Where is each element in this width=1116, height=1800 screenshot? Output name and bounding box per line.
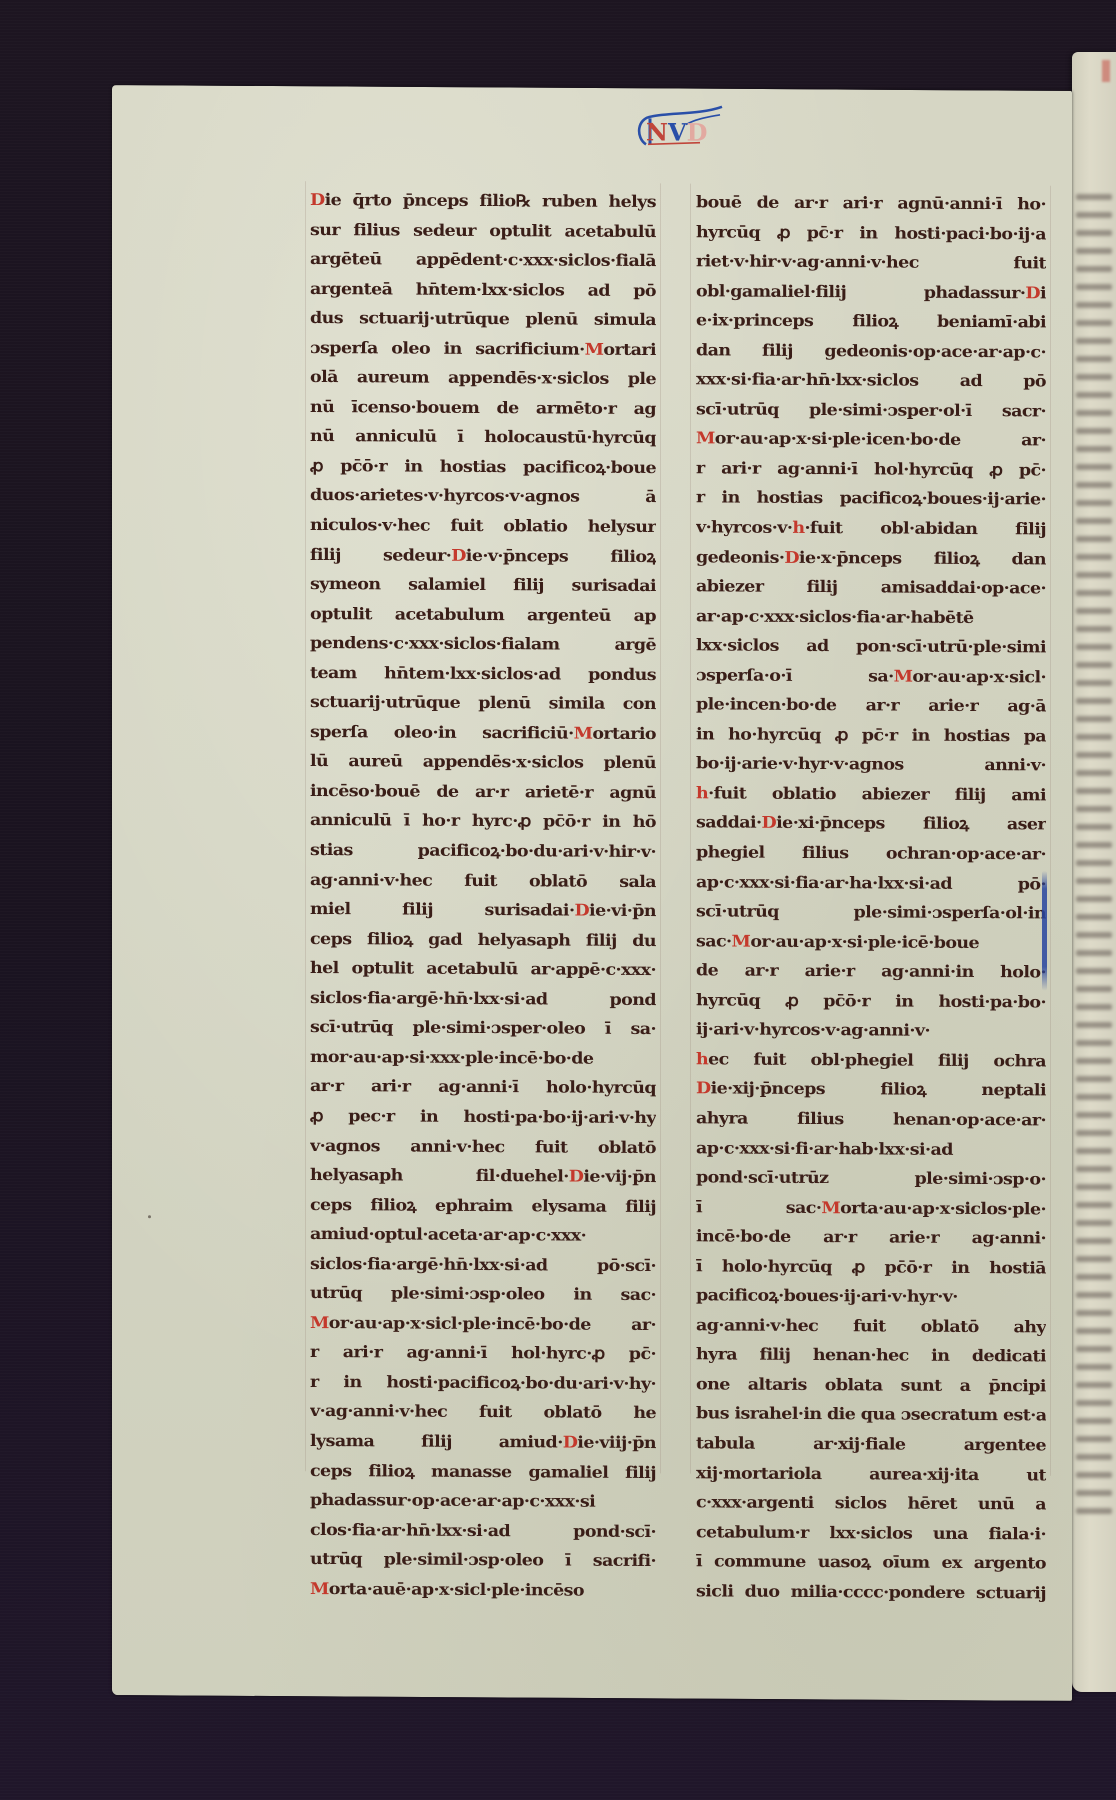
line-text-continued: ie·vi·p̄n [589, 902, 656, 921]
rubricated-initial: D [569, 1168, 584, 1186]
line-text: sicli duo milia·cccc·pondere sctuarij [696, 1582, 1046, 1603]
manuscript-line: h·fuit oblatio abiezer filij ami [696, 781, 1046, 810]
manuscript-line: ī commune uasoꝝ oīum ex argento [696, 1549, 1046, 1578]
manuscript-line: utrūq ple·simil·ɔsp·oleo ī sacrifi· [310, 1547, 656, 1576]
manuscript-line: niculos·v·hec fuit oblatio helysur [310, 512, 656, 541]
manuscript-line: lū aureū appendēs·x·siclos plenū [310, 749, 656, 778]
line-text: ceps filioꝝ gad helyasaph filij du [310, 930, 656, 951]
parchment-speck [148, 1215, 151, 1218]
adjacent-leaf-text-line [1076, 1364, 1112, 1370]
adjacent-leaf-text-line [1076, 770, 1112, 776]
manuscript-line: xxx·si·fia·ar·hn̄·lxx·siclos ad pō [696, 367, 1046, 396]
adjacent-leaf-text-line [1076, 1004, 1112, 1010]
rubricated-initial: D [574, 902, 589, 920]
rubricated-initial: M [696, 430, 715, 449]
manuscript-line: siclos·fia·argē·hn̄·lxx·si·ad pond [310, 985, 656, 1014]
manuscript-line: stias pacificoꝝ·bo·du·ari·v·hir·v· [310, 837, 656, 866]
manuscript-line: cetabulum·r lxx·siclos una fiala·i· [696, 1519, 1046, 1548]
line-text: ceps filioꝝ ephraim elysama filij [310, 1196, 656, 1217]
manuscript-line: nū anniculū ī holocaustū·hyrcūq [310, 424, 656, 453]
line-text-continued: or·au·ap·x·si·ple·icē·boue [750, 933, 979, 953]
manuscript-line: in ho·hyrcūq ꝓ pc̄·r in hostias pa [696, 722, 1046, 751]
rubricated-initial: h [696, 784, 708, 802]
line-text-continued: ·fuit obl·abidan filij [804, 519, 1046, 539]
line-text: r in hostias pacificoꝝ·boues·ij·arie· [696, 489, 1046, 510]
adjacent-leaf-text-line [1076, 518, 1112, 524]
adjacent-leaf-text-line [1076, 1022, 1112, 1028]
adjacent-leaf-text-line [1076, 680, 1112, 686]
adjacent-leaf-text-line [1076, 1184, 1112, 1190]
adjacent-leaf-text-line [1076, 410, 1112, 416]
line-text: helyasaph fil·duehel· [310, 1166, 569, 1186]
line-text: r ari·r ag·anni·ī hol·hyrcūq ꝓ pc̄· [696, 459, 1046, 480]
running-head-letter-faded: D [687, 118, 708, 147]
adjacent-leaf-text-line [1076, 1490, 1112, 1496]
rubricated-initial: M [574, 725, 593, 744]
adjacent-leaf-text-line [1076, 1328, 1112, 1334]
line-text: niculos·v·hec fuit oblatio helysur [310, 516, 656, 537]
manuscript-line: pond·scī·utrūz ple·simi·ɔsp·o· [696, 1165, 1046, 1194]
manuscript-line: Mor·au·ap·x·sicl·ple·incē·bo·de ar· [310, 1310, 656, 1339]
adjacent-leaf-text-line [1076, 806, 1112, 812]
manuscript-line: argenteā hn̄tem·lxx·siclos ad pō [310, 276, 656, 305]
rubricated-initial: D [310, 191, 325, 209]
manuscript-line: ceps filioꝝ manasse gamaliel filij [310, 1458, 656, 1487]
manuscript-line: scī·utrūq ple·simi·ɔsper·oleo ī sa· [310, 1015, 656, 1044]
manuscript-line: utrūq ple·simi·ɔsp·oleo in sac· [310, 1281, 656, 1310]
text-column-left: Die q̄rto p̄nceps filio℞ ruben helyssur … [310, 186, 656, 1606]
line-text: nū anniculū ī holocaustū·hyrcūq [310, 428, 656, 449]
line-text: ag·anni·v·hec fuit oblatō ahy [696, 1316, 1046, 1337]
adjacent-leaf-text-line [1076, 320, 1112, 326]
line-text: utrūq ple·simil·ɔsp·oleo ī sacrifi· [310, 1550, 656, 1571]
adjacent-leaf-text-line [1076, 1094, 1112, 1100]
line-text: ap·c·xxx·si·fi·ar·hab·lxx·si·ad [696, 1139, 953, 1159]
manuscript-line: Die·xij·p̄nceps filioꝝ neptali [696, 1076, 1046, 1105]
manuscript-line: r in hostias pacificoꝝ·boues·ij·arie· [696, 485, 1046, 514]
line-text-continued: ie·vij·p̄n [583, 1168, 656, 1187]
adjacent-leaf-text-line [1076, 284, 1112, 290]
manuscript-line: anniculū ī ho·r hyrc·ꝓ pc̄ō·r in hō [310, 808, 656, 837]
blue-margin-stroke [1042, 871, 1047, 991]
line-text: hyrcūq ꝓ pc̄·r in hosti·paci·bo·ij·a [696, 223, 1046, 244]
adjacent-leaf-text-line [1076, 1040, 1112, 1046]
adjacent-leaf-text-line [1076, 266, 1112, 272]
adjacent-leaf-text-line [1076, 500, 1112, 506]
line-text: ie q̄rto p̄nceps filio℞ ruben helys [325, 191, 656, 211]
adjacent-leaf-text-line [1076, 1148, 1112, 1154]
manuscript-line: tabula ar·xij·fiale argentee [696, 1431, 1046, 1460]
adjacent-leaf-text-line [1076, 428, 1112, 434]
adjacent-leaf-text-line [1076, 392, 1112, 398]
manuscript-line: sur filius sedeur optulit acetabulū [310, 217, 656, 246]
running-head: INVD [630, 104, 730, 149]
manuscript-line: pacificoꝝ·boues·ij·ari·v·hyr·v· [696, 1283, 1046, 1312]
line-text-continued: ie·viij·p̄n [577, 1434, 656, 1453]
line-text: ꝓ pec·r in hosti·pa·bo·ij·ari·v·hy [310, 1107, 656, 1128]
manuscript-line: ag·anni·v·hec fuit oblatō ahy [696, 1313, 1046, 1342]
manuscript-line: ij·ari·v·hyrcos·v·ag·anni·v· [696, 1017, 1046, 1046]
line-text: v·ag·anni·v·hec fuit oblatō he [310, 1403, 656, 1424]
manuscript-line: sac·Mor·au·ap·x·si·ple·icē·boue [696, 928, 1046, 957]
line-text: scī·utrūq ple·simi·ɔsper·oleo ī sa· [310, 1018, 656, 1039]
line-text: ·fuit oblatio abiezer filij ami [708, 785, 1046, 805]
line-text: orta·auē·ap·x·sicl·ple·incēso [329, 1580, 584, 1600]
rubricated-initial: M [732, 932, 751, 951]
manuscript-line: symeon salamiel filij surisadai [310, 572, 656, 601]
ruling-line [1050, 186, 1051, 1476]
line-text: siclos·fia·argē·hn̄·lxx·si·ad pō·scī· [310, 1255, 656, 1276]
manuscript-line: ꝓ pec·r in hosti·pa·bo·ij·ari·v·hy [310, 1103, 656, 1132]
adjacent-leaf-text-line [1076, 698, 1112, 704]
line-text: pendens·c·xxx·siclos·fialam argē [310, 634, 656, 655]
adjacent-leaf-edge [1072, 52, 1116, 1692]
adjacent-leaf-text-line [1076, 842, 1112, 848]
adjacent-leaf-text-line [1076, 1346, 1112, 1352]
adjacent-leaf-text-line [1076, 608, 1112, 614]
adjacent-leaf-text-line [1076, 554, 1112, 560]
line-text-continued: ie·v·p̄nceps filioꝝ [466, 547, 656, 567]
manuscript-line: mor·au·ap·si·xxx·ple·incē·bo·de [310, 1044, 656, 1073]
adjacent-leaf-text-line [1076, 1454, 1112, 1460]
line-text: siclos·fia·argē·hn̄·lxx·si·ad pond [310, 989, 656, 1010]
manuscript-line: ahyra filius henan·op·ace·ar· [696, 1106, 1046, 1135]
manuscript-line: scī·utrūq ple·simi·ɔsper·ol·ī sacr· [696, 397, 1046, 426]
line-text: ple·incen·bo·de ar·r arie·r ag·ā [696, 696, 1046, 717]
adjacent-leaf-text-line [1076, 482, 1112, 488]
adjacent-leaf-text-line [1076, 1076, 1112, 1082]
rubricated-initial: D [784, 549, 799, 567]
adjacent-leaf-text-line [1076, 878, 1112, 884]
line-text: mor·au·ap·si·xxx·ple·incē·bo·de [310, 1048, 593, 1068]
ruling-line [660, 183, 661, 1473]
line-text: phadassur·op·ace·ar·ap·c·xxx·si [310, 1491, 595, 1511]
line-text: sac· [696, 932, 732, 951]
line-text: filij sedeur· [310, 546, 451, 565]
line-text: argēteū appēdent·c·xxx·siclos·fialā [310, 250, 656, 271]
manuscript-line: nū īcenso·bouem de armēto·r ag [310, 394, 656, 423]
line-text-continued: orta·au·ap·x·siclos·ple· [840, 1199, 1046, 1219]
line-text: dan filij gedeonis·op·ace·ar·ap·c· [696, 341, 1046, 362]
adjacent-leaf-text-line [1076, 626, 1112, 632]
manuscript-line: Morta·auē·ap·x·sicl·ple·incēso [310, 1576, 656, 1605]
line-text: stias pacificoꝝ·bo·du·ari·v·hir·v· [310, 841, 656, 862]
rubricated-initial: M [585, 341, 604, 360]
line-text: miel filij surisadai· [310, 900, 574, 920]
adjacent-leaf-text-line [1076, 1256, 1112, 1262]
adjacent-leaf-text-line [1076, 896, 1112, 902]
line-text-continued: ie·xi·p̄nceps filioꝝ aser [776, 814, 1046, 834]
running-head-letter-v: V [668, 117, 687, 146]
line-text: phegiel filius ochran·op·ace·ar· [696, 844, 1046, 865]
line-text: ī commune uasoꝝ oīum ex argento [696, 1553, 1046, 1574]
manuscript-line: dus sctuarij·utrūque plenū simula [310, 306, 656, 335]
manuscript-line: ap·c·xxx·si·fi·ar·hab·lxx·si·ad [696, 1135, 1046, 1164]
manuscript-line: dan filij gedeonis·op·ace·ar·ap·c· [696, 338, 1046, 367]
line-text: r ari·r ag·anni·ī hol·hyrc·ꝓ pc̄· [310, 1343, 656, 1364]
line-text: ec fuit obl·phegiel filij ochra [708, 1050, 1046, 1070]
line-text: c·xxx·argenti siclos hēret unū a [696, 1494, 1046, 1515]
line-text: one altaris oblata sunt a p̄ncipi [696, 1375, 1046, 1396]
manuscript-line: abiezer filij amisaddai·op·ace· [696, 574, 1046, 603]
line-text: ap·c·xxx·si·fia·ar·ha·lxx·si·ad pō· [696, 873, 1046, 894]
manuscript-line: pendens·c·xxx·siclos·fialam argē [310, 631, 656, 660]
adjacent-leaf-text-line [1076, 374, 1112, 380]
adjacent-leaf-text-line [1076, 662, 1112, 668]
line-text: duos·arietes·v·hyrcos·v·agnos ā [310, 487, 656, 508]
line-text: ī sac· [696, 1198, 821, 1217]
line-text: olā aureum appendēs·x·siclos ple [310, 368, 656, 389]
manuscript-line: ar·ap·c·xxx·siclos·fia·ar·habētē [696, 603, 1046, 632]
manuscript-line: gedeonis·Die·x·p̄nceps filioꝝ dan [696, 544, 1046, 573]
manuscript-line: ceps filioꝝ ephraim elysama filij [310, 1192, 656, 1221]
manuscript-line: r ari·r ag·anni·ī hol·hyrc·ꝓ pc̄· [310, 1340, 656, 1369]
adjacent-leaf-text-line [1076, 1058, 1112, 1064]
adjacent-leaf-text-line [1076, 230, 1112, 236]
adjacent-leaf-text-line [1076, 212, 1112, 218]
manuscript-line: obl·gamaliel·filij phadassur·Di [696, 278, 1046, 307]
adjacent-leaf-text-line [1076, 1310, 1112, 1316]
line-text: sur filius sedeur optulit acetabulū [310, 221, 656, 242]
adjacent-leaf-text-line [1076, 302, 1112, 308]
line-text: or·au·ap·x·si·ple·icen·bo·de ar· [715, 430, 1046, 450]
manuscript-line: clos·fia·ar·hn̄·lxx·si·ad pond·scī· [310, 1517, 656, 1546]
line-text: ahyra filius henan·op·ace·ar· [696, 1109, 1046, 1130]
adjacent-leaf-text-line [1076, 1274, 1112, 1280]
manuscript-line: ꝓ pc̄ō·r in hostias pacificoꝝ·boue [310, 453, 656, 482]
parchment-leaf: INVD Die q̄rto p̄nceps filio℞ ruben hely… [112, 85, 1072, 1701]
manuscript-line: e·ix·princeps filioꝝ beniamī·abi [696, 308, 1046, 337]
manuscript-line: bus israhel·in die qua ɔsecratum est·ace [696, 1401, 1046, 1430]
manuscript-line: ple·incen·bo·de ar·r arie·r ag·ā [696, 692, 1046, 721]
adjacent-leaf-text-line [1076, 590, 1112, 596]
line-text: amiud·optul·aceta·ar·ap·c·xxx· [310, 1225, 586, 1245]
manuscript-line: scī·utrūq ple·simi·ɔsperſa·ol·in [696, 899, 1046, 928]
line-text: bouē de ar·r ari·r agnū·anni·ī ho· [696, 193, 1046, 214]
adjacent-leaf-text-line [1076, 1112, 1112, 1118]
adjacent-leaf-text-line [1076, 1418, 1112, 1424]
adjacent-leaf-text-line [1076, 1220, 1112, 1226]
line-text: optulit acetabulum argenteū ap [310, 605, 656, 626]
line-text: ceps filioꝝ manasse gamaliel filij [310, 1462, 656, 1483]
line-text: hel optulit acetabulū ar·appē·c·xxx· [310, 959, 656, 980]
adjacent-leaf-text-line [1076, 914, 1112, 920]
running-head-text: INVD [646, 120, 707, 144]
manuscript-line: amiud·optul·aceta·ar·ap·c·xxx· [310, 1222, 656, 1251]
ruling-line [305, 181, 306, 1471]
rubricated-initial: h [792, 519, 804, 537]
rubricated-initial: D [1025, 284, 1040, 302]
line-text: pacificoꝝ·boues·ij·ari·v·hyr·v· [696, 1287, 958, 1307]
line-text-continued: or·au·ap·x·sicl· [912, 668, 1046, 687]
line-text: utrūq ple·simi·ɔsp·oleo in sac· [310, 1284, 656, 1305]
manuscript-line: argēteū appēdent·c·xxx·siclos·fialā [310, 247, 656, 276]
line-text: lysama filij amiud· [310, 1432, 563, 1452]
line-text: bus israhel·in die qua ɔsecratum est·ace [696, 1405, 1046, 1426]
parchment-speck [604, 1528, 606, 1530]
adjacent-leaf-text-line [1076, 1292, 1112, 1298]
manuscript-line: filij sedeur·Die·v·p̄nceps filioꝝ [310, 542, 656, 571]
line-text: hyra filij henan·hec in dedicati [696, 1346, 1046, 1367]
manuscript-line: bo·ij·arie·v·hyr·v·agnos anni·v· [696, 751, 1046, 780]
line-text: tabula ar·xij·fiale argentee [696, 1434, 1046, 1455]
line-text: incēso·bouē de ar·r arietē·r agnū [310, 782, 656, 803]
adjacent-leaf-text-line [1076, 1166, 1112, 1172]
adjacent-leaf-text-line [1076, 356, 1112, 362]
adjacent-leaf-text-line [1076, 734, 1112, 740]
manuscript-line: sicli duo milia·cccc·pondere sctuarij [696, 1579, 1046, 1608]
manuscript-line: optulit acetabulum argenteū ap [310, 601, 656, 630]
line-text: lxx·siclos ad pon·scī·utrū·ple·simi [696, 637, 1046, 658]
line-text: abiezer filij amisaddai·op·ace· [696, 578, 1046, 599]
manuscript-line: ī sac·Morta·au·ap·x·siclos·ple· [696, 1194, 1046, 1223]
adjacent-leaf-text-line [1076, 464, 1112, 470]
manuscript-line: ceps filioꝝ gad helyasaph filij du [310, 926, 656, 955]
line-text: bo·ij·arie·v·hyr·v·agnos anni·v· [696, 755, 1046, 776]
text-column-right: bouē de ar·r ari·r agnū·anni·ī ho·hyrcūq… [696, 189, 1046, 1609]
manuscript-line: incēso·bouē de ar·r arietē·r agnū [310, 778, 656, 807]
rubricated-initial: h [696, 1050, 708, 1068]
manuscript-line: ɔsperſa·o·ī sa·Mor·au·ap·x·sicl· [696, 663, 1046, 692]
line-text: anniculū ī ho·r hyrc·ꝓ pc̄ō·r in hō [310, 812, 656, 833]
adjacent-leaf-rubric [1102, 60, 1110, 82]
line-text: sctuarij·utrūque plenū simila con [310, 693, 656, 714]
adjacent-leaf-text-line [1076, 860, 1112, 866]
line-text: v·agnos anni·v·hec fuit oblatō [310, 1137, 656, 1158]
adjacent-leaf-text-line [1076, 194, 1112, 200]
manuscript-line: phegiel filius ochran·op·ace·ar· [696, 840, 1046, 869]
adjacent-leaf-text-line [1076, 716, 1112, 722]
adjacent-leaf-text-line [1076, 950, 1112, 956]
line-text: or·au·ap·x·sicl·ple·incē·bo·de ar· [329, 1314, 656, 1334]
line-text: ij·ari·v·hyrcos·v·ag·anni·v· [696, 1021, 930, 1041]
adjacent-leaf-text-line [1076, 1382, 1112, 1388]
adjacent-leaf-text-line [1076, 338, 1112, 344]
adjacent-leaf-text-line [1076, 986, 1112, 992]
manuscript-line: ar·r ari·r ag·anni·ī holo·hyrcūq [310, 1074, 656, 1103]
adjacent-leaf-text-line [1076, 1202, 1112, 1208]
line-text: de ar·r arie·r ag·anni·in holo· [696, 962, 1046, 983]
line-text: ar·ap·c·xxx·siclos·fia·ar·habētē [696, 607, 974, 627]
line-text: saddai· [696, 814, 762, 833]
manuscript-line: lysama filij amiud·Die·viij·p̄n [310, 1428, 656, 1457]
rubricated-initial: D [762, 814, 777, 832]
adjacent-leaf-text-line [1076, 1130, 1112, 1136]
manuscript-line: hyrcūq ꝓ pc̄·r in hosti·paci·bo·ij·a [696, 219, 1046, 248]
rubricated-initial: M [310, 1580, 329, 1599]
line-text-continued: i [1040, 284, 1046, 302]
line-text: ī holo·hyrcūq ꝓ pc̄ō·r in hostiā [696, 1257, 1046, 1278]
manuscript-line: incē·bo·de ar·r arie·r ag·anni· [696, 1224, 1046, 1253]
manuscript-line: lxx·siclos ad pon·scī·utrū·ple·simi [696, 633, 1046, 662]
manuscript-line: team hn̄tem·lxx·siclos·ad pondus [310, 660, 656, 689]
rubricated-initial: D [696, 1080, 711, 1098]
manuscript-line: sctuarij·utrūque plenū simila con [310, 690, 656, 719]
line-text-continued: ie·x·p̄nceps filioꝝ dan [799, 549, 1046, 569]
line-text-continued: ortario [592, 725, 656, 744]
manuscript-line: helyasaph fil·duehel·Die·vij·p̄n [310, 1163, 656, 1192]
manuscript-line: hyrcūq ꝓ pc̄ō·r in hosti·pa·bo· [696, 988, 1046, 1017]
manuscript-line: hec fuit obl·phegiel filij ochra [696, 1047, 1046, 1076]
line-text: r in hosti·pacificoꝝ·bo·du·ari·v·hy· [310, 1373, 656, 1394]
ruling-line [690, 184, 691, 1474]
line-text: ɔsperſa oleo in sacrificium· [310, 339, 585, 359]
line-text: v·hyrcos·v· [696, 519, 792, 538]
manuscript-line: one altaris oblata sunt a p̄ncipi [696, 1372, 1046, 1401]
line-text: ie·xij·p̄nceps filioꝝ neptali [711, 1080, 1046, 1100]
manuscript-line: ag·anni·v·hec fuit oblatō sala [310, 867, 656, 896]
line-text: hyrcūq ꝓ pc̄ō·r in hosti·pa·bo· [696, 991, 1046, 1012]
line-text: xxx·si·fia·ar·hn̄·lxx·siclos ad pō [696, 371, 1046, 392]
line-text: ɔsperſa·o·ī sa· [696, 666, 894, 686]
rubricated-initial: D [563, 1434, 578, 1452]
manuscript-line: saddai·Die·xi·p̄nceps filioꝝ aser [696, 810, 1046, 839]
adjacent-leaf-text-line [1076, 572, 1112, 578]
manuscript-line: ap·c·xxx·si·fia·ar·ha·lxx·si·ad pō· [696, 869, 1046, 898]
adjacent-leaf-text-line [1076, 644, 1112, 650]
manuscript-line: c·xxx·argenti siclos hēret unū a [696, 1490, 1046, 1519]
manuscript-line: Mor·au·ap·x·si·ple·icen·bo·de ar· [696, 426, 1046, 455]
line-text-continued: ortari [603, 341, 656, 360]
manuscript-line: olā aureum appendēs·x·siclos ple [310, 365, 656, 394]
manuscript-line: ī holo·hyrcūq ꝓ pc̄ō·r in hostiā [696, 1254, 1046, 1283]
line-text: sperſa oleo·in sacrificiū· [310, 723, 574, 743]
line-text: argenteā hn̄tem·lxx·siclos ad pō [310, 280, 656, 301]
line-text: ag·anni·v·hec fuit oblatō sala [310, 871, 656, 892]
manuscript-line: hel optulit acetabulū ar·appē·c·xxx· [310, 956, 656, 985]
manuscript-line: Die q̄rto p̄nceps filio℞ ruben helys [310, 187, 656, 216]
manuscript-line: siclos·fia·argē·hn̄·lxx·si·ad pō·scī· [310, 1251, 656, 1280]
line-text: symeon salamiel filij surisadai [310, 575, 656, 596]
manuscript-line: phadassur·op·ace·ar·ap·c·xxx·si [310, 1488, 656, 1517]
line-text: dus sctuarij·utrūque plenū simula [310, 309, 656, 330]
line-text: clos·fia·ar·hn̄·lxx·si·ad pond·scī· [310, 1521, 656, 1542]
adjacent-leaf-text-line [1076, 1238, 1112, 1244]
line-text: xij·mortariola aurea·xij·ita ut [696, 1464, 1046, 1485]
line-text: cetabulum·r lxx·siclos una fiala·i· [696, 1523, 1046, 1544]
adjacent-leaf-text-line [1076, 752, 1112, 758]
manuscript-line: miel filij surisadai·Die·vi·p̄n [310, 897, 656, 926]
manuscript-line: v·hyrcos·v·h·fuit obl·abidan filij [696, 515, 1046, 544]
adjacent-leaf-text-line [1076, 932, 1112, 938]
adjacent-leaf-text-line [1076, 536, 1112, 542]
adjacent-leaf-text-line [1076, 248, 1112, 254]
line-text: nū īcenso·bouem de armēto·r ag [310, 398, 656, 419]
line-text: ar·r ari·r ag·anni·ī holo·hyrcūq [310, 1078, 656, 1099]
manuscript-line: hyra filij henan·hec in dedicati [696, 1342, 1046, 1371]
adjacent-leaf-text-line [1076, 446, 1112, 452]
rubricated-initial: M [894, 667, 913, 686]
manuscript-line: xij·mortariola aurea·xij·ita ut [696, 1460, 1046, 1489]
running-head-letter-red: N [646, 117, 668, 146]
line-text: pond·scī·utrūz ple·simi·ɔsp·o· [696, 1169, 1046, 1190]
adjacent-leaf-text-line [1076, 1508, 1112, 1514]
manuscript-line: bouē de ar·r ari·r agnū·anni·ī ho· [696, 190, 1046, 219]
manuscript-line: de ar·r arie·r ag·anni·in holo· [696, 958, 1046, 987]
line-text: incē·bo·de ar·r arie·r ag·anni· [696, 1228, 1046, 1249]
manuscript-line: sperſa oleo·in sacrificiū·Mortario [310, 719, 656, 748]
adjacent-leaf-text-line [1076, 1400, 1112, 1406]
line-text: team hn̄tem·lxx·siclos·ad pondus [310, 664, 656, 685]
line-text: e·ix·princeps filioꝝ beniamī·abi [696, 312, 1046, 333]
line-text: ꝓ pc̄ō·r in hostias pacificoꝝ·boue [310, 457, 656, 478]
rubricated-initial: D [451, 547, 466, 565]
manuscript-line: riet·v·hir·v·ag·anni·v·hec fuit [696, 249, 1046, 278]
adjacent-leaf-text-line [1076, 1436, 1112, 1442]
line-text: scī·utrūq ple·simi·ɔsperſa·ol·in [696, 903, 1046, 924]
adjacent-leaf-text-line [1076, 968, 1112, 974]
line-text: scī·utrūq ple·simi·ɔsper·ol·ī sacr· [696, 400, 1046, 421]
